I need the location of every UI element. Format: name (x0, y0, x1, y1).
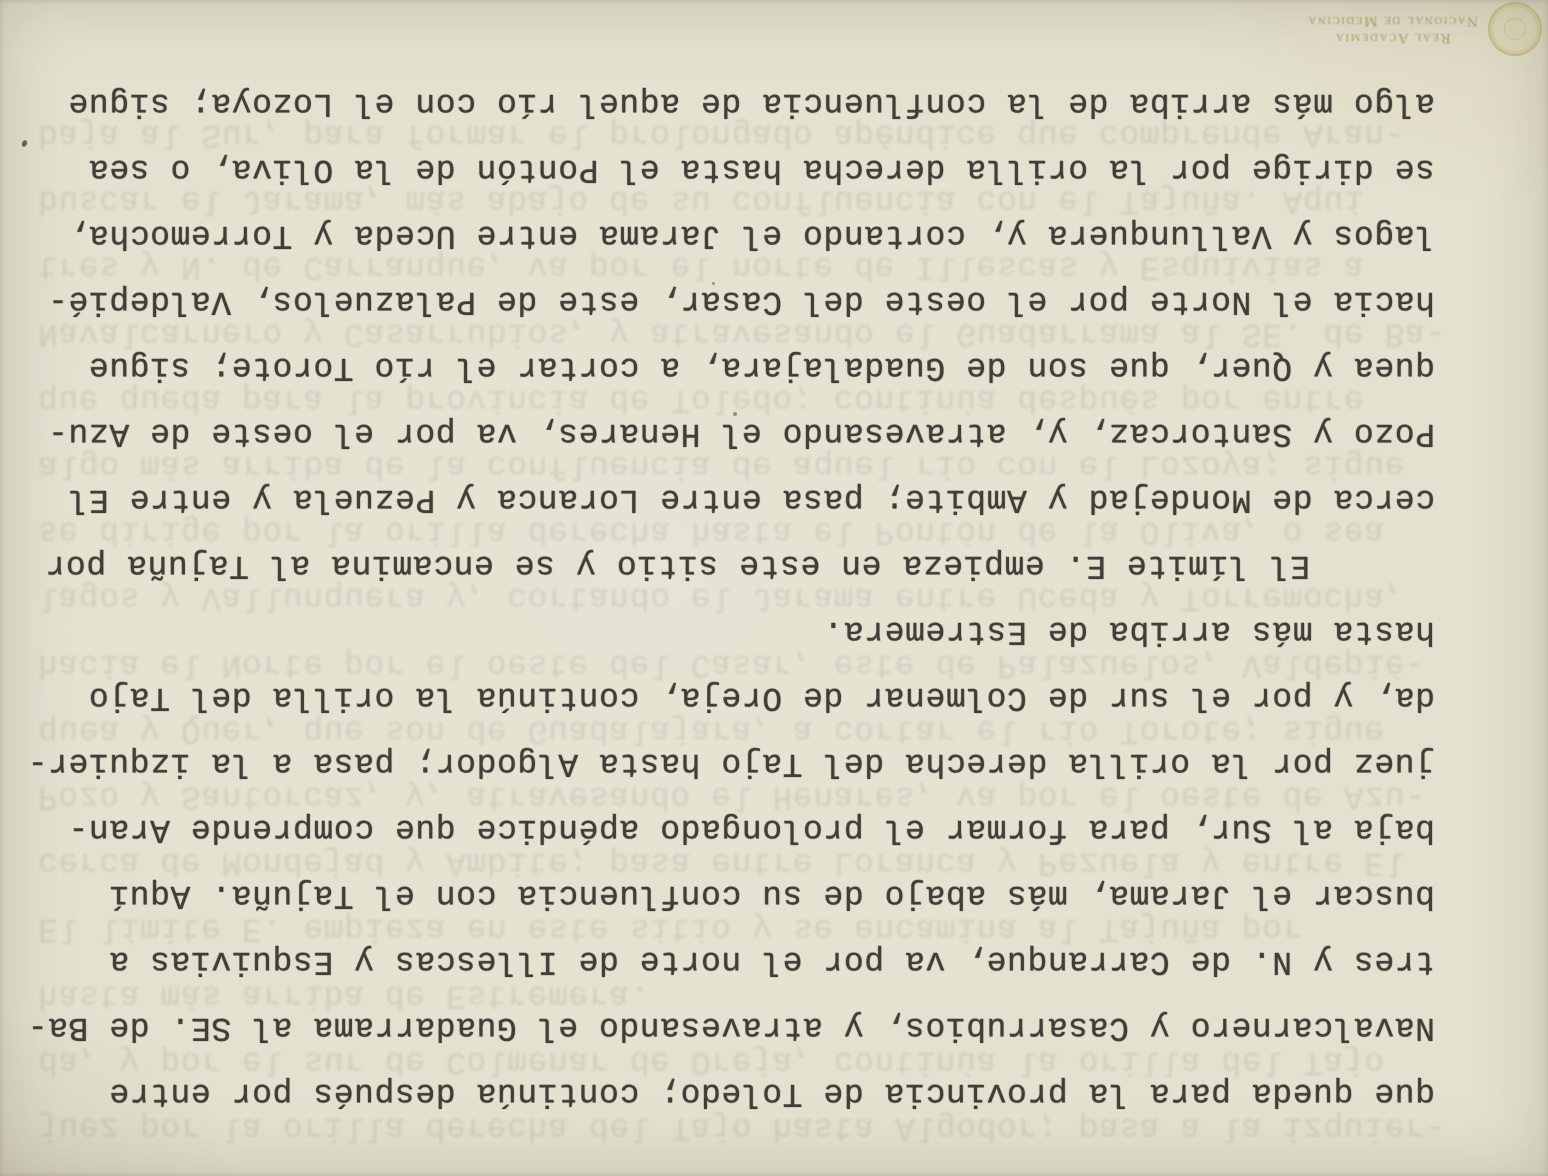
text-line: El límite E. empieza en este sitio y se … (35, 532, 1435, 598)
text-line: buscar el Jarama, más abajo de su conflu… (35, 862, 1435, 928)
ink-speck (733, 412, 737, 416)
text-line: lagos y Vallunquera y, cortando el Jaram… (35, 202, 1435, 268)
stamp-text: Real Academia Nacional de Medicina (1307, 12, 1478, 46)
scanned-page: juez por la orilla derecha del Tajo hast… (0, 0, 1548, 1176)
text-line: hacia el Norte por el oeste del Casar, e… (35, 268, 1435, 334)
typewritten-text: que queda para la provincia de Toledo; c… (35, 70, 1435, 1126)
stamp-line2: Nacional de Medicina (1307, 12, 1478, 29)
text-line: da, y por el sur de Colmenar de Oreja, c… (35, 664, 1435, 730)
text-line: baja al Sur, para formar el prolongado a… (35, 796, 1435, 862)
text-line: tres y N. de Carranque, va por el norte … (35, 928, 1435, 994)
text-line: cerca de Mondejad y Ambite; pasa entre L… (35, 466, 1435, 532)
rotated-page-content: juez por la orilla derecha del Tajo hast… (0, 0, 1548, 1176)
text-line: se dirige por la orilla derecha hasta el… (35, 136, 1435, 202)
text-line: Pozo y Santorcaz, y, atravesando el Hena… (35, 400, 1435, 466)
stamp-line1: Real Academia (1307, 29, 1478, 46)
text-line: hasta más arriba de Estremera. (35, 598, 1435, 664)
library-stamp: Real Academia Nacional de Medicina (1307, 2, 1542, 56)
text-line: Navalcarnero y Casarrubios, y atravesand… (35, 994, 1435, 1060)
text-line: algo más arriba de la confluencia de aqu… (35, 70, 1435, 136)
text-line: que queda para la provincia de Toledo; c… (35, 1060, 1435, 1126)
ink-speck (712, 282, 715, 285)
text-line: quea y Quer, que son de Guadalajara, a c… (35, 334, 1435, 400)
seal-icon (1488, 2, 1542, 56)
text-line: juez por la orilla derecha del Tajo hast… (35, 730, 1435, 796)
